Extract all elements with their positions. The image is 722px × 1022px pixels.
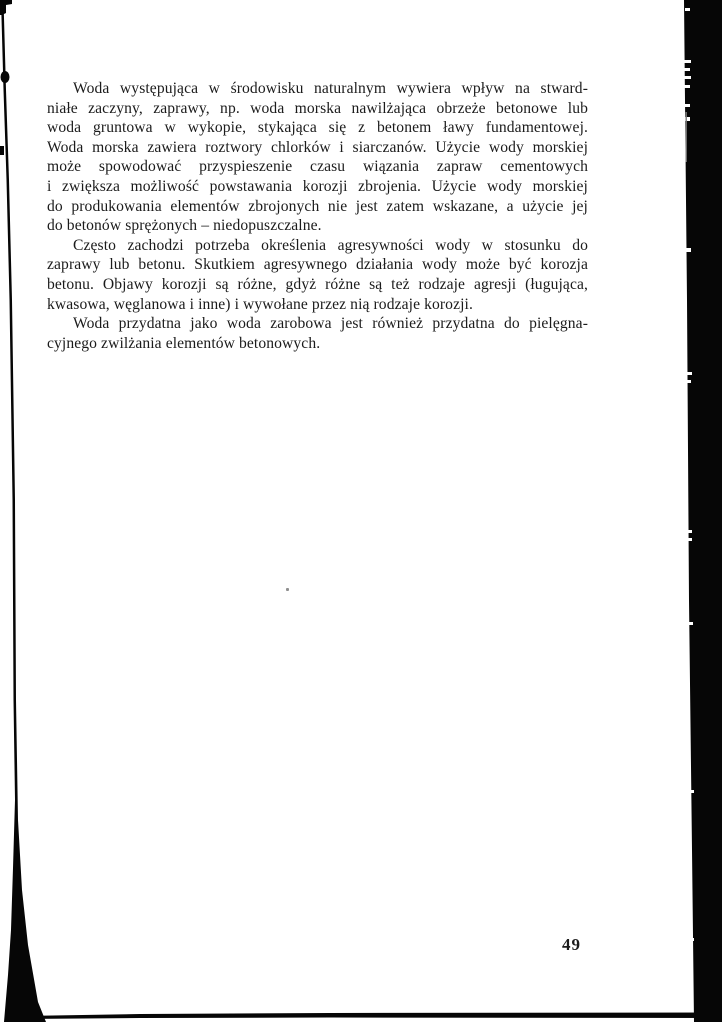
- text-line: Woda przydatna jako woda zarobowa jest r…: [47, 314, 588, 334]
- right-bar-gray-streak: [686, 112, 687, 162]
- text-line: Woda występująca w środowisku naturalnym…: [47, 79, 588, 99]
- text-line: niałe zaczyny, zaprawy, np. woda morska …: [47, 99, 588, 119]
- scanned-page: Woda występująca w środowisku naturalnym…: [0, 0, 722, 1022]
- right-bar-notches: [684, 8, 694, 941]
- text-line: betonu. Objawy korozji są różne, gdyż ró…: [47, 275, 588, 295]
- text-line: Często zachodzi potrzeba określenia agre…: [47, 236, 588, 256]
- bottom-edge-line: [22, 1013, 722, 1020]
- text-line: do betonów sprężonych – niedopuszczalne.: [47, 216, 588, 236]
- left-gutter-line: [1, 0, 46, 1022]
- page-number: 49: [562, 935, 581, 955]
- dust-speck: [286, 588, 289, 591]
- text-line: Woda morska zawiera roztwory chlorków i …: [47, 138, 588, 158]
- body-text: Woda występująca w środowisku naturalnym…: [47, 79, 588, 353]
- text-line: do produkowania elementów zbrojonych nie…: [47, 197, 588, 217]
- gutter-blip: [1, 71, 10, 83]
- text-line: może spowodować przyspieszenie czasu wią…: [47, 157, 588, 177]
- text-line: kwasowa, węglanowa i inne) i wywołane pr…: [47, 295, 588, 315]
- gutter-tick: [0, 146, 4, 155]
- text-line: zaprawy lub betonu. Skutkiem agresywnego…: [47, 255, 588, 275]
- right-scan-bar: [684, 0, 722, 1022]
- text-line: cyjnego zwilżania elementów betonowych.: [47, 334, 588, 354]
- text-line: i zwiększa możliwość powstawania korozji…: [47, 177, 588, 197]
- top-left-tick: [0, 0, 12, 15]
- text-line: woda gruntowa w wykopie, stykająca się z…: [47, 118, 588, 138]
